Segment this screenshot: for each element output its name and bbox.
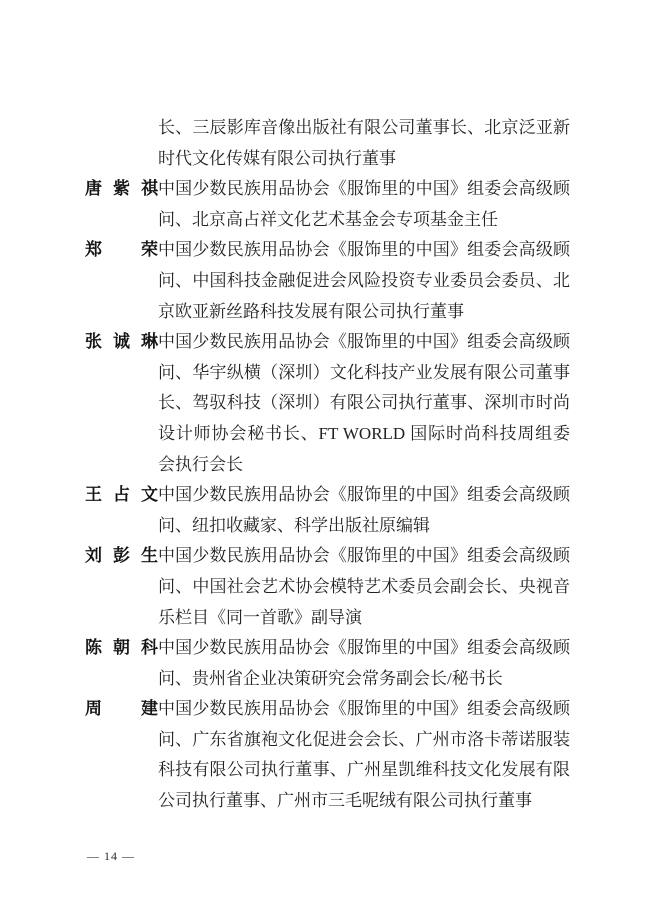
- roster-entry: 张诚琳 中国少数民族用品协会《服饰里的中国》组委会高级顾问、华宇纵横（深圳）文化…: [85, 327, 570, 480]
- roster-entry-continuation: 长、三辰影库音像出版社有限公司董事长、北京泛亚新时代文化传媒有限公司执行董事: [85, 113, 570, 174]
- entry-description: 中国少数民族用品协会《服饰里的中国》组委会高级顾问、纽扣收藏家、科学出版社原编辑: [158, 480, 570, 541]
- entry-description: 长、三辰影库音像出版社有限公司董事长、北京泛亚新时代文化传媒有限公司执行董事: [158, 113, 570, 174]
- document-page: 长、三辰影库音像出版社有限公司董事长、北京泛亚新时代文化传媒有限公司执行董事 唐…: [0, 0, 650, 919]
- roster-entry: 刘彭生 中国少数民族用品协会《服饰里的中国》组委会高级顾问、中国社会艺术协会模特…: [85, 541, 570, 633]
- roster-entry: 周 建 中国少数民族用品协会《服饰里的中国》组委会高级顾问、广东省旗袍文化促进会…: [85, 694, 570, 816]
- entry-description: 中国少数民族用品协会《服饰里的中国》组委会高级顾问、中国科技金融促进会风险投资专…: [158, 235, 570, 327]
- entry-name: 王占文: [85, 480, 158, 511]
- entry-description: 中国少数民族用品协会《服饰里的中国》组委会高级顾问、北京高占祥文化艺术基金会专项…: [158, 174, 570, 235]
- entry-name: 唐紫祺: [85, 174, 158, 205]
- entry-name: 郑 荣: [85, 235, 158, 266]
- entry-name: 周 建: [85, 694, 158, 725]
- entry-name: 张诚琳: [85, 327, 158, 358]
- entry-name: 刘彭生: [85, 541, 158, 572]
- entry-description: 中国少数民族用品协会《服饰里的中国》组委会高级顾问、华宇纵横（深圳）文化科技产业…: [158, 327, 570, 480]
- entry-description: 中国少数民族用品协会《服饰里的中国》组委会高级顾问、贵州省企业决策研究会常务副会…: [158, 633, 570, 694]
- roster-entry: 唐紫祺 中国少数民族用品协会《服饰里的中国》组委会高级顾问、北京高占祥文化艺术基…: [85, 174, 570, 235]
- entry-name: 陈朝科: [85, 633, 158, 664]
- entry-description: 中国少数民族用品协会《服饰里的中国》组委会高级顾问、中国社会艺术协会模特艺术委员…: [158, 541, 570, 633]
- roster-entry: 王占文 中国少数民族用品协会《服饰里的中国》组委会高级顾问、纽扣收藏家、科学出版…: [85, 480, 570, 541]
- advisor-roster-list: 长、三辰影库音像出版社有限公司董事长、北京泛亚新时代文化传媒有限公司执行董事 唐…: [85, 113, 570, 817]
- page-number: — 14 —: [87, 849, 135, 863]
- roster-entry: 郑 荣 中国少数民族用品协会《服饰里的中国》组委会高级顾问、中国科技金融促进会风…: [85, 235, 570, 327]
- roster-entry: 陈朝科 中国少数民族用品协会《服饰里的中国》组委会高级顾问、贵州省企业决策研究会…: [85, 633, 570, 694]
- entry-description: 中国少数民族用品协会《服饰里的中国》组委会高级顾问、广东省旗袍文化促进会会长、广…: [158, 694, 570, 816]
